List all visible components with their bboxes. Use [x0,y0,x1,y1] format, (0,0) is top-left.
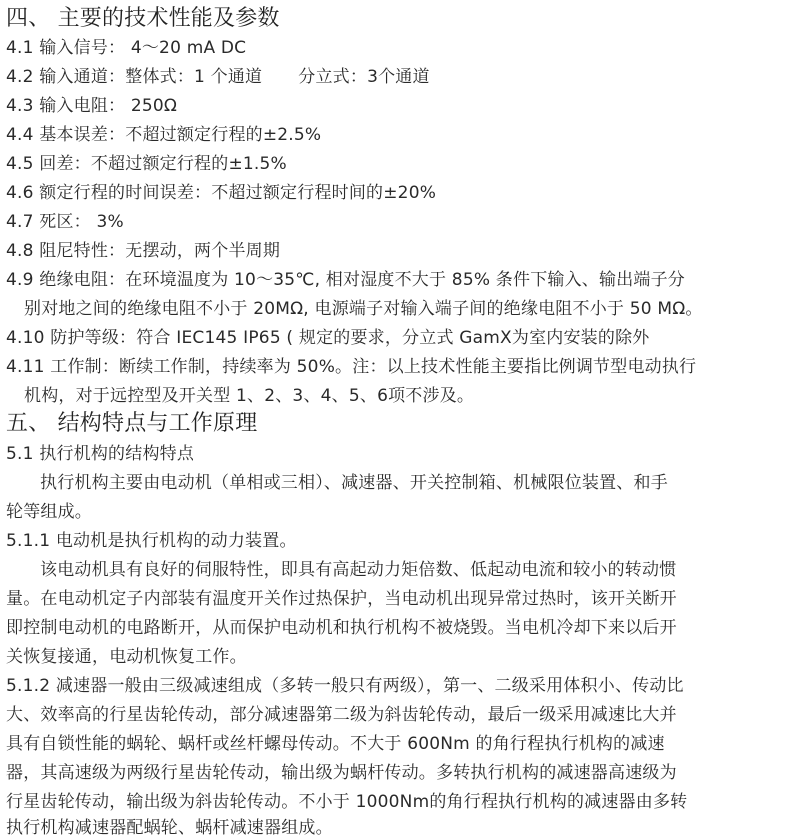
spec-4-1: 4.1 输入信号： 4～20 mA DC [6,36,246,60]
spec-4-8: 4.8 阻尼特性：无摆动，两个半周期 [6,239,280,263]
s511-line-4: 关恢复接通，电动机恢复工作。 [6,645,247,669]
spec-4-6: 4.6 额定行程的时间误差：不超过额定行程时间的±20% [6,181,436,205]
s512-line-3: 具有自锁性能的蜗轮、蜗杆或丝杆螺母传动。不大于 600Nm 的角行程执行机构的减… [6,732,665,756]
spec-4-2-integrated: 4.2 输入通道：整体式：1 个通道 [6,67,262,87]
s512-line-2: 大、效率高的行星齿轮传动，部分减速器第二级为斜齿轮传动，最后一级采用减速比大并 [6,703,677,727]
spec-4-11-cont: 机构，对于远控型及开关型 1、2、3、4、5、6项不涉及。 [24,384,474,408]
s51-line-1: 执行机构主要由电动机（单相或三相）、减速器、开关控制箱、机械限位装置、和手 [40,471,668,495]
s512-line-1: 5.1.2 减速器一般由三级减速组成（多转一般只有两级），第一、二级采用体积小、… [6,674,684,698]
spec-4-5: 4.5 回差：不超过额定行程的±1.5% [6,152,287,176]
spec-4-7: 4.7 死区： 3% [6,210,124,234]
s511-line-3: 即控制电动机的电路断开，从而保护电动机和执行机构不被烧毁。当电机冷却下来以后开 [6,616,677,640]
s511-line-2: 量。在电动机定子内部装有温度开关作过热保护，当电动机出现异常过热时，该开关断开 [6,587,677,611]
s51-line-2: 轮等组成。 [6,500,92,524]
spec-4-4: 4.4 基本误差：不超过额定行程的±2.5% [6,123,321,147]
s51-title: 5.1 执行机构的结构特点 [6,442,194,466]
spec-4-3: 4.3 输入电阻： 250Ω [6,94,177,118]
spec-4-10: 4.10 防护等级：符合 IEC145 IP65 ( 规定的要求，分立式 Gam… [6,326,649,350]
s511-line-1: 该电动机具有良好的伺服特性，即具有高起动力矩倍数、低起动电流和较小的转动惯 [40,558,676,582]
spec-4-2-split: 分立式：3个通道 [298,67,429,87]
spec-4-9-cont: 别对地之间的绝缘电阻不小于 20MΩ, 电源端子对输入端子间的绝缘电阻不小于 5… [24,297,703,321]
section5-heading: 五、 结构特点与工作原理 [6,409,257,439]
section4-heading: 四、 主要的技术性能及参数 [6,4,280,34]
spec-4-2: 4.2 输入通道：整体式：1 个通道分立式：3个通道 [6,65,430,89]
document-page: 四、 主要的技术性能及参数 4.1 输入信号： 4～20 mA DC 4.2 输… [0,0,790,840]
s511-title: 5.1.1 电动机是执行机构的动力装置。 [6,529,297,553]
s512-line-6: 执行机构减速器配蜗轮、蜗杆减速器组成。 [6,816,333,840]
spec-4-11: 4.11 工作制：断续工作制，持续率为 50%。注：以上技术性能主要指比例调节型… [6,355,696,379]
s512-line-5: 行星齿轮传动，输出级为斜齿轮传动。不小于 1000Nm的角行程执行机构的减速器由… [6,790,687,814]
spec-4-9: 4.9 绝缘电阻：在环境温度为 10～35℃, 相对湿度不大于 85% 条件下输… [6,268,685,292]
s512-line-4: 器，其高速级为两级行星齿轮传动，输出级为蜗杆传动。多转执行机构的减速器高速级为 [6,761,677,785]
